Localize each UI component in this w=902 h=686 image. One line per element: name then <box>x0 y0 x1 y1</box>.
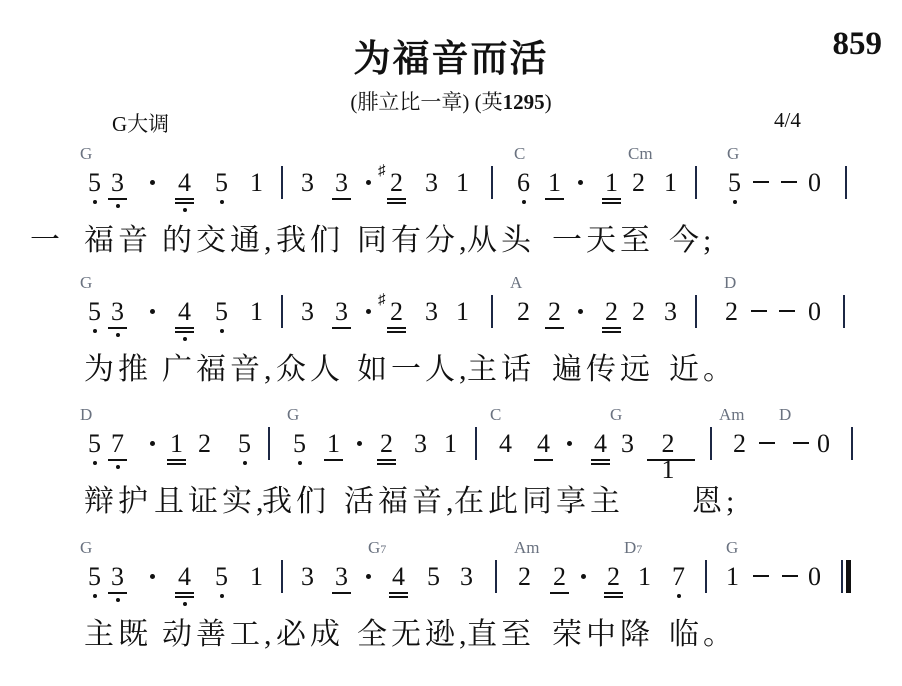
duration-underline <box>175 198 194 200</box>
note: 3 <box>299 564 316 590</box>
note-digit: 3 <box>335 168 348 197</box>
chord-label: G <box>80 274 92 291</box>
note-digit: 2 <box>632 168 645 197</box>
duration-underline <box>167 463 186 465</box>
lyrics-group: 必成 <box>276 620 344 650</box>
note: 4 <box>176 299 193 325</box>
note-digit: 1 <box>664 168 677 197</box>
sustain-dash <box>782 575 798 577</box>
subtitle-close-paren: ) <box>545 90 552 114</box>
lyrics-group: 辩护 <box>84 487 152 517</box>
note: 3 <box>333 299 350 325</box>
note: 4 <box>176 170 193 196</box>
dotted-note-dot <box>357 441 362 446</box>
barline <box>845 166 847 199</box>
note-digit: 4 <box>499 429 512 458</box>
note-digit: 1 <box>250 562 263 591</box>
lyrics-group: 同享主 <box>522 487 624 517</box>
duration-underline <box>167 459 186 461</box>
note-digit: 3 <box>425 168 438 197</box>
chord-label: Cm <box>628 145 653 162</box>
duration-underline <box>604 596 623 598</box>
lyrics-group: 众人 <box>276 355 344 385</box>
duration-underline <box>108 459 127 461</box>
duration-underline <box>647 459 695 461</box>
octave-dot <box>116 598 120 602</box>
lyrics-group: 主话 <box>467 355 535 385</box>
note: 5 <box>86 431 103 457</box>
final-barline-thick <box>846 560 851 593</box>
note: 3 <box>299 299 316 325</box>
octave-dot <box>183 602 187 606</box>
duration-underline <box>332 198 351 200</box>
lyrics-group: 的交通, <box>162 226 276 256</box>
lyrics-group: 且证实, <box>154 487 268 517</box>
note: 2 <box>196 431 213 457</box>
note-digit: 1 <box>250 168 263 197</box>
note-digit: 3 <box>301 562 314 591</box>
note-digit: 0 <box>808 297 821 326</box>
barline <box>695 295 697 328</box>
note-digit: 2 <box>390 297 403 326</box>
sustain-dash <box>793 442 809 444</box>
note: 0 <box>806 170 823 196</box>
duration-underline <box>534 459 553 461</box>
note: 3 <box>458 564 475 590</box>
note: 3 <box>333 170 350 196</box>
sustain-dash <box>753 181 769 183</box>
note-digit: 2 1 <box>662 429 681 484</box>
note: 1 <box>636 564 653 590</box>
note: 1 <box>724 564 741 590</box>
subtitle-text: (腓立比一章) (英 <box>350 90 502 114</box>
duration-underline <box>387 198 406 200</box>
note-digit: 2 <box>632 297 645 326</box>
note: 4 <box>497 431 514 457</box>
note-digit: 3 <box>335 562 348 591</box>
note: 2 <box>603 299 620 325</box>
duration-underline <box>545 327 564 329</box>
score-system: DGCGAmD571255123144432 120辩护且证实,我们活福音,在此… <box>0 406 902 537</box>
duration-underline <box>175 202 194 204</box>
note-digit: 4 <box>594 429 607 458</box>
duration-underline <box>175 596 194 598</box>
octave-dot <box>183 337 187 341</box>
octave-dot <box>93 200 97 204</box>
note: 4 <box>390 564 407 590</box>
note: 3 <box>619 431 636 457</box>
dotted-note-dot <box>150 180 155 185</box>
duration-underline <box>389 592 408 594</box>
note-digit: 3 <box>664 297 677 326</box>
note: 2 <box>731 431 748 457</box>
sharp-accidental-icon: ♯ <box>378 293 386 308</box>
note-digit: 1 <box>170 429 183 458</box>
octave-dot <box>93 329 97 333</box>
barline <box>268 427 270 460</box>
note: 1 <box>248 564 265 590</box>
note-digit: 0 <box>808 562 821 591</box>
note-digit: 2 <box>390 168 403 197</box>
note-digit: 4 <box>537 429 550 458</box>
note: 4 <box>592 431 609 457</box>
dotted-note-dot <box>567 441 572 446</box>
note: 1 <box>442 431 459 457</box>
note-digit: 3 <box>111 297 124 326</box>
note-digit: 5 <box>215 297 228 326</box>
lyrics-group: 福音 <box>84 226 152 256</box>
note-digit: 1 <box>605 168 618 197</box>
note-digit: 3 <box>301 168 314 197</box>
dotted-note-dot <box>150 309 155 314</box>
note-digit: 3 <box>335 297 348 326</box>
lyrics-group: 恩; <box>692 487 738 517</box>
lyrics-group: 一天至 <box>552 226 654 256</box>
note-digit: 5 <box>88 168 101 197</box>
note: 2 <box>378 431 395 457</box>
note-digit: 6 <box>517 168 530 197</box>
score-system: GCCmG53451332♯316112150一福音的交通,我们同有分,从头一天… <box>0 145 902 276</box>
dotted-note-dot <box>578 309 583 314</box>
note-digit: 1 <box>638 562 651 591</box>
duration-underline <box>387 331 406 333</box>
note-digit: 5 <box>427 562 440 591</box>
lyrics-group: 直至 <box>467 620 535 650</box>
note-digit: 4 <box>392 562 405 591</box>
score-system: GG7AmD7G53451334532221710主既动善工,必成全无逊,直至荣… <box>0 539 902 670</box>
octave-dot <box>116 204 120 208</box>
note-digit: 1 <box>444 429 457 458</box>
lyrics-group: 我们 <box>276 226 344 256</box>
note: 2 <box>630 299 647 325</box>
note-digit: 2 <box>548 297 561 326</box>
note: 2 <box>723 299 740 325</box>
duration-underline <box>602 202 621 204</box>
note-digit: 5 <box>215 562 228 591</box>
note-digit: 5 <box>293 429 306 458</box>
chord-label: G <box>80 539 92 556</box>
chord-label: G <box>727 145 739 162</box>
duration-underline <box>389 596 408 598</box>
note: 2♯ <box>388 299 405 325</box>
duration-underline <box>591 459 610 461</box>
note-digit: 5 <box>238 429 251 458</box>
dotted-note-dot <box>366 309 371 314</box>
note-digit: 3 <box>460 562 473 591</box>
lyrics-group: 主既 <box>84 620 152 650</box>
note-digit: 2 <box>607 562 620 591</box>
chord-label: Am <box>514 539 540 556</box>
subtitle-index-number: 1295 <box>503 90 545 114</box>
barline <box>475 427 477 460</box>
duration-underline <box>387 327 406 329</box>
dotted-note-dot <box>150 574 155 579</box>
barline <box>710 427 712 460</box>
octave-dot <box>298 461 302 465</box>
octave-dot <box>116 465 120 469</box>
lyrics-group: 从头 <box>467 226 535 256</box>
duration-underline <box>175 592 194 594</box>
note: 3 <box>109 564 126 590</box>
lyrics-group: 临。 <box>669 620 737 650</box>
octave-dot <box>677 594 681 598</box>
note: 1 <box>662 170 679 196</box>
note: 2 <box>605 564 622 590</box>
lyrics-group: 全无逊, <box>357 620 471 650</box>
note: 0 <box>815 431 832 457</box>
note: 5 <box>86 564 103 590</box>
sustain-dash <box>781 181 797 183</box>
duration-underline <box>550 592 569 594</box>
note: 3 <box>109 299 126 325</box>
duration-underline <box>108 327 127 329</box>
octave-dot <box>220 200 224 204</box>
note-digit: 1 <box>726 562 739 591</box>
barline <box>281 166 283 199</box>
note-digit: 2 <box>198 429 211 458</box>
note-digit: 2 <box>518 562 531 591</box>
duration-underline <box>602 327 621 329</box>
note: 4 <box>176 564 193 590</box>
key-signature: G大调 <box>112 108 169 138</box>
duration-underline <box>377 459 396 461</box>
barline <box>705 560 707 593</box>
octave-dot <box>733 200 737 204</box>
note: 1 <box>168 431 185 457</box>
chord-label: D <box>724 274 736 291</box>
note: 6 <box>515 170 532 196</box>
note: 3 <box>109 170 126 196</box>
note-digit: 4 <box>178 297 191 326</box>
note-digit: 7 <box>672 562 685 591</box>
dotted-note-dot <box>366 180 371 185</box>
lyrics-group: 荣中降 <box>552 620 654 650</box>
chord-label: G7 <box>368 539 386 558</box>
barline <box>281 295 283 328</box>
final-barline-thin <box>841 560 843 593</box>
note-digit: 1 <box>456 297 469 326</box>
barline <box>851 427 853 460</box>
note: 2 <box>630 170 647 196</box>
time-signature: 4/4 <box>774 108 801 133</box>
note-digit: 3 <box>414 429 427 458</box>
duration-underline <box>387 202 406 204</box>
note: 3 <box>423 170 440 196</box>
duration-underline <box>108 592 127 594</box>
note-digit: 5 <box>88 562 101 591</box>
note: 1 <box>248 299 265 325</box>
note: 3 <box>423 299 440 325</box>
note: 1 <box>248 170 265 196</box>
octave-dot <box>93 594 97 598</box>
chord-label: G <box>80 145 92 162</box>
note-digit: 7 <box>111 429 124 458</box>
note-digit: 5 <box>728 168 741 197</box>
lyrics-group: 在此 <box>454 487 522 517</box>
note: 4 <box>535 431 552 457</box>
octave-dot <box>220 594 224 598</box>
note-digit: 0 <box>808 168 821 197</box>
duration-underline <box>545 198 564 200</box>
octave-dot <box>243 461 247 465</box>
lyrics-group: 一 <box>30 226 64 256</box>
note: 1 <box>454 299 471 325</box>
chord-label: C <box>514 145 525 162</box>
note: 2 <box>546 299 563 325</box>
hymn-number: 859 <box>833 26 883 63</box>
note-digit: 3 <box>301 297 314 326</box>
note: 3 <box>412 431 429 457</box>
octave-dot <box>116 333 120 337</box>
barline <box>491 295 493 328</box>
dotted-note-dot <box>581 574 586 579</box>
chord-label: D <box>779 406 791 423</box>
sustain-dash <box>759 442 775 444</box>
note-digit: 2 <box>517 297 530 326</box>
note-digit: 1 <box>327 429 340 458</box>
note-digit: 3 <box>111 168 124 197</box>
note-digit: 5 <box>215 168 228 197</box>
note: 3 <box>333 564 350 590</box>
note: 1 <box>454 170 471 196</box>
chord-label: Am <box>719 406 745 423</box>
sustain-dash <box>751 310 767 312</box>
barline <box>495 560 497 593</box>
dotted-note-dot <box>366 574 371 579</box>
duration-underline <box>604 592 623 594</box>
lyrics-group: 如一人, <box>357 355 471 385</box>
note: 7 <box>109 431 126 457</box>
note-digit: 2 <box>725 297 738 326</box>
barline <box>695 166 697 199</box>
lyrics-group: 活福音, <box>344 487 458 517</box>
note: 2 <box>515 299 532 325</box>
page-title: 为福音而活 <box>0 28 902 82</box>
note: 3 <box>299 170 316 196</box>
duration-underline <box>324 459 343 461</box>
chord-label: G <box>610 406 622 423</box>
note-digit: 5 <box>88 429 101 458</box>
note: 1 <box>546 170 563 196</box>
score-system: GAD53451332♯312222320为推广福音,众人如一人,主话遍传远近。 <box>0 274 902 405</box>
octave-dot <box>183 208 187 212</box>
sustain-dash <box>779 310 795 312</box>
note-digit: 2 <box>733 429 746 458</box>
barline <box>281 560 283 593</box>
note-digit: 5 <box>88 297 101 326</box>
note: 5 <box>425 564 442 590</box>
note-digit: 1 <box>548 168 561 197</box>
note: 5 <box>291 431 308 457</box>
note: 5 <box>726 170 743 196</box>
lyrics-group: 动善工, <box>162 620 276 650</box>
note: 7 <box>670 564 687 590</box>
lyrics-group: 今; <box>669 226 715 256</box>
duration-underline <box>175 327 194 329</box>
note: 0 <box>806 299 823 325</box>
duration-underline <box>602 198 621 200</box>
note: 5 <box>213 299 230 325</box>
note-digit: 2 <box>605 297 618 326</box>
note: 2 <box>516 564 533 590</box>
note: 5 <box>86 170 103 196</box>
octave-dot <box>220 329 224 333</box>
note: 1 <box>325 431 342 457</box>
duration-underline <box>602 331 621 333</box>
note-digit: 2 <box>380 429 393 458</box>
note-digit: 4 <box>178 168 191 197</box>
chord-label: C <box>490 406 501 423</box>
note-digit: 3 <box>425 297 438 326</box>
note: 2 <box>551 564 568 590</box>
note: 5 <box>236 431 253 457</box>
octave-dot <box>522 200 526 204</box>
sharp-accidental-icon: ♯ <box>378 164 386 179</box>
barline <box>491 166 493 199</box>
note-digit: 2 <box>553 562 566 591</box>
lyrics-group: 同有分, <box>357 226 471 256</box>
lyrics-group: 我们 <box>262 487 330 517</box>
chord-label: D <box>80 406 92 423</box>
note-digit: 1 <box>456 168 469 197</box>
note-digit: 3 <box>111 562 124 591</box>
note-digit: 0 <box>817 429 830 458</box>
chord-label: D7 <box>624 539 642 558</box>
lyrics-group: 为推 <box>84 355 152 385</box>
lyrics-group: 近。 <box>669 355 737 385</box>
note-digit: 3 <box>621 429 634 458</box>
note: 2 1 <box>648 431 694 457</box>
duration-underline <box>332 327 351 329</box>
duration-underline <box>591 463 610 465</box>
note: 0 <box>806 564 823 590</box>
hymn-page: 为福音而活 859 (腓立比一章) (英1295) G大调 4/4 GCCmG5… <box>0 0 902 686</box>
chord-label: G <box>726 539 738 556</box>
duration-underline <box>175 331 194 333</box>
note-digit: 4 <box>178 562 191 591</box>
duration-underline <box>377 463 396 465</box>
sustain-dash <box>753 575 769 577</box>
lyrics-group: 遍传远 <box>552 355 654 385</box>
note: 5 <box>213 170 230 196</box>
note: 5 <box>86 299 103 325</box>
note: 5 <box>213 564 230 590</box>
duration-underline <box>332 592 351 594</box>
note: 1 <box>603 170 620 196</box>
note-digit: 1 <box>250 297 263 326</box>
lyrics-group: 广福音, <box>162 355 276 385</box>
dotted-note-dot <box>150 441 155 446</box>
dotted-note-dot <box>578 180 583 185</box>
chord-label: G <box>287 406 299 423</box>
octave-dot <box>93 461 97 465</box>
barline <box>843 295 845 328</box>
chord-label: A <box>510 274 522 291</box>
note: 3 <box>662 299 679 325</box>
duration-underline <box>108 198 127 200</box>
final-barline <box>841 560 851 593</box>
note: 2♯ <box>388 170 405 196</box>
